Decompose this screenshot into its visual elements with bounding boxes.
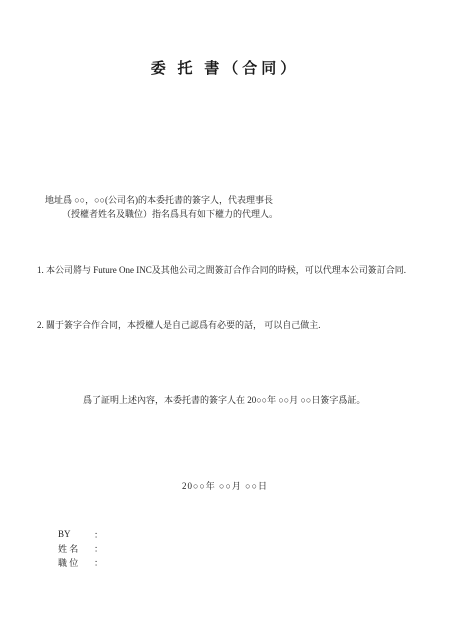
intro-line-2: （授權者姓名及職位）指名爲具有如下權力的代理人。 [45, 207, 420, 221]
signature-row-name: 姓 名 ： [58, 541, 103, 555]
signature-title-label: 職 位 [58, 556, 94, 569]
signature-row-by: BY ： [58, 527, 103, 541]
document-page: 委 托 書（合同） 地址爲 ○○，○○(公司名)的本委托書的簽字人，代表理事長 … [0, 0, 450, 636]
signature-by-label: BY [58, 529, 94, 539]
document-title: 委 托 書（合同） [0, 57, 450, 78]
intro-paragraph: 地址爲 ○○，○○(公司名)的本委托書的簽字人，代表理事長 （授權者姓名及職位）… [45, 193, 420, 221]
attestation-line: 爲了証明上述內容，本委托書的簽字人在 20○○年 ○○月 ○○日簽字爲証。 [83, 394, 430, 407]
signature-title-colon: ： [94, 556, 103, 569]
clause-item-1: 1. 本公司將与 Future One INC及其他公司之間簽訂合作合同的時候，… [37, 264, 430, 277]
date-line: 20○○年 ○○月 ○○日 [0, 479, 450, 492]
signature-block: BY ： 姓 名 ： 職 位 ： [58, 527, 103, 569]
signature-by-colon: ： [94, 528, 103, 541]
signature-name-label: 姓 名 [58, 542, 94, 555]
signature-title-row: 職 位 ： [58, 555, 103, 569]
intro-line-1: 地址爲 ○○，○○(公司名)的本委托書的簽字人，代表理事長 [45, 193, 420, 207]
signature-name-colon: ： [94, 542, 103, 555]
clause-item-2: 2. 關于簽字合作合同，本授權人是自己認爲有必要的話， 可以自己做主. [37, 319, 430, 332]
